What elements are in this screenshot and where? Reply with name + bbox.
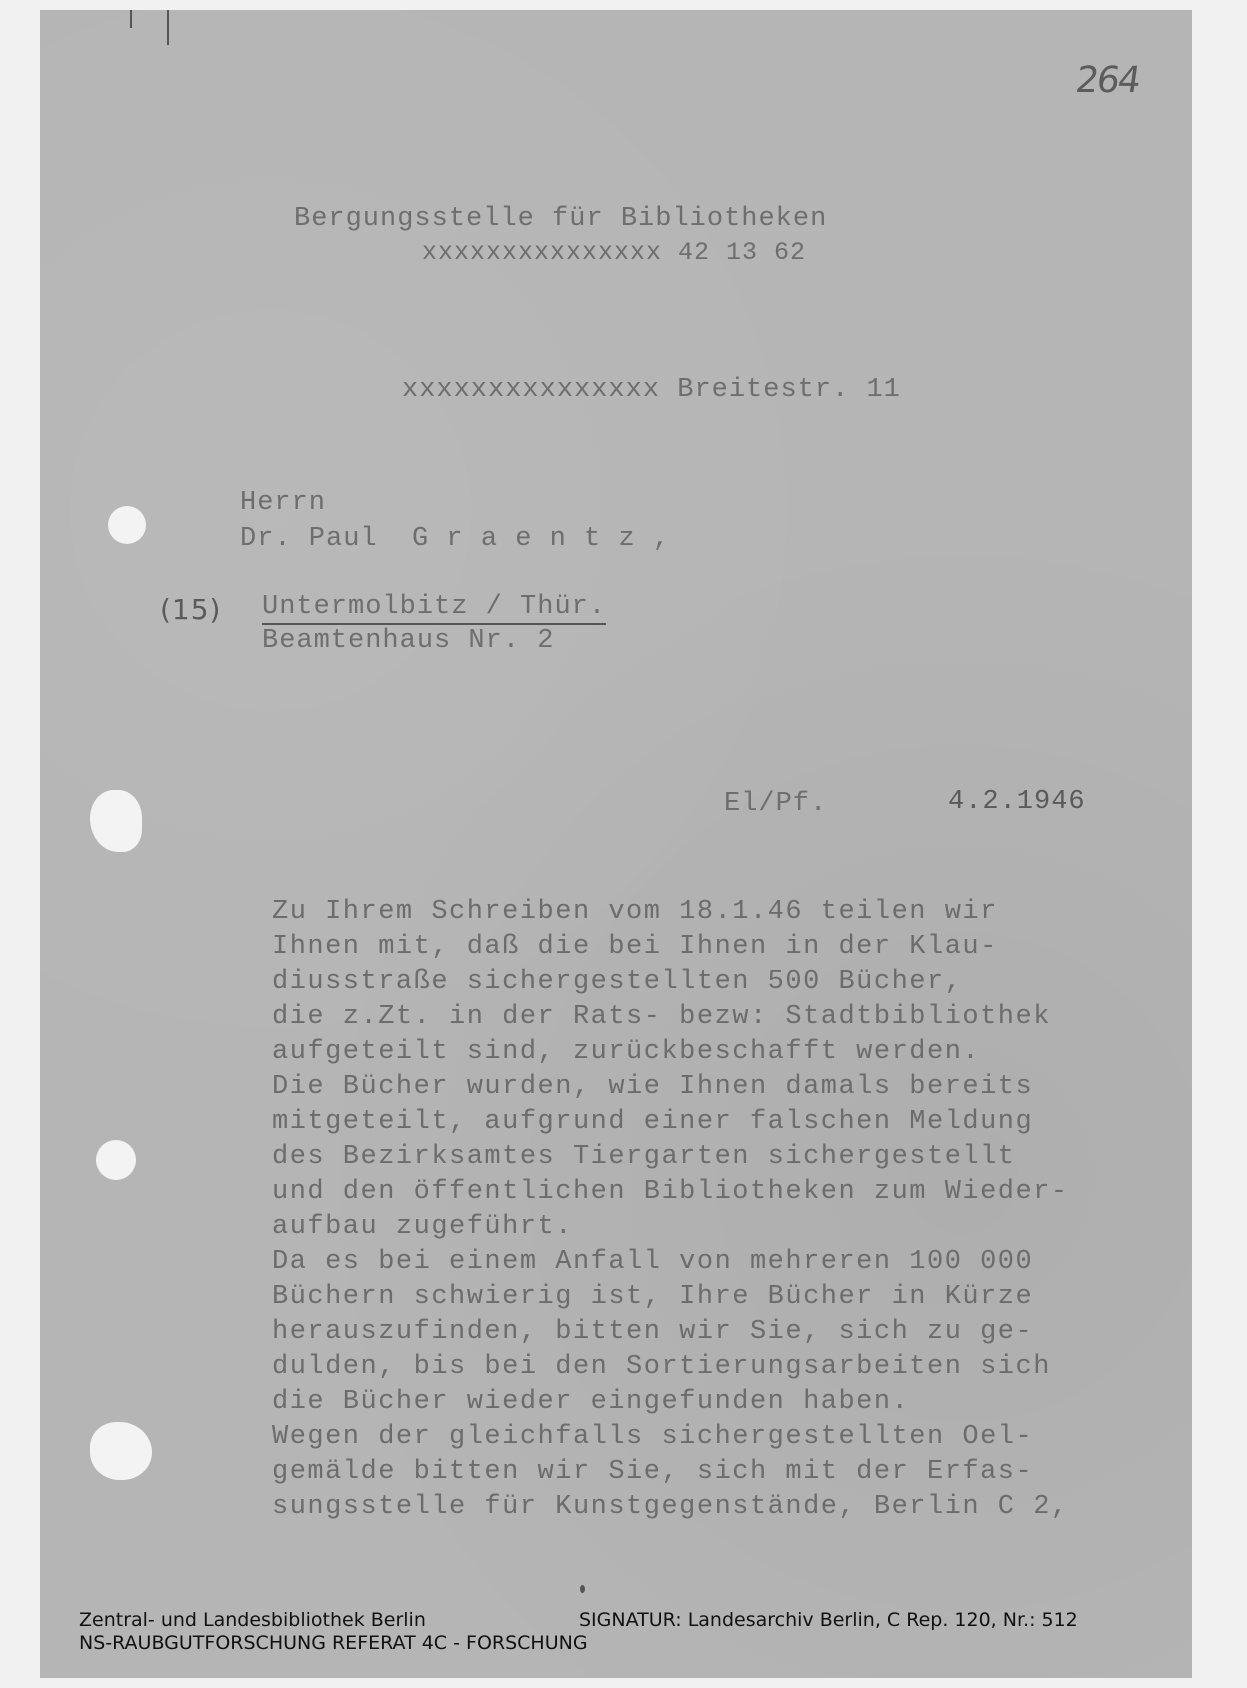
recipient-postal-code: (15) bbox=[160, 596, 221, 624]
body-line: des Bezirksamtes Tiergarten sichergestel… bbox=[272, 1140, 1069, 1175]
body-line: Wegen der gleichfalls sichergestellten O… bbox=[272, 1420, 1069, 1455]
scan-mark bbox=[130, 10, 132, 28]
letterhead-line1: Bergungsstelle für Bibliotheken bbox=[294, 206, 827, 233]
body-line: die z.Zt. in der Rats- bezw: Stadtbiblio… bbox=[272, 1000, 1069, 1035]
body-line: Die Bücher wurden, wie Ihnen damals bere… bbox=[272, 1070, 1069, 1105]
punch-hole-1 bbox=[108, 506, 146, 544]
letterhead-address: xxxxxxxxxxxxxxx Breitestr. 11 bbox=[402, 377, 901, 404]
body-line: und den öffentlichen Bibliotheken zum Wi… bbox=[272, 1175, 1069, 1210]
recipient-salutation: Herrn bbox=[240, 490, 326, 517]
body-line: die Bücher wieder eingefunden haben. bbox=[272, 1385, 1069, 1420]
body-line: dulden, bis bei den Sortierungsarbeiten … bbox=[272, 1350, 1069, 1385]
recipient-name: Dr. Paul G r a e n t z , bbox=[240, 526, 670, 553]
letter-date: 4.2.1946 bbox=[948, 789, 1086, 816]
body-line: aufbau zugeführt. bbox=[272, 1210, 1069, 1245]
body-line: Zu Ihrem Schreiben vom 18.1.46 teilen wi… bbox=[272, 895, 1069, 930]
body-line: sungsstelle für Kunstgegenstände, Berlin… bbox=[272, 1490, 1069, 1525]
footer-signature: SIGNATUR: Landesarchiv Berlin, C Rep. 12… bbox=[579, 1611, 1078, 1630]
body-line: aufgeteilt sind, zurückbeschafft werden. bbox=[272, 1035, 1069, 1070]
footer-department: NS-RAUBGUTFORSCHUNG REFERAT 4C - FORSCHU… bbox=[79, 1634, 588, 1653]
recipient-street: Beamtenhaus Nr. 2 bbox=[262, 628, 554, 655]
footer-institution: Zentral- und Landesbibliothek Berlin bbox=[79, 1611, 426, 1630]
body-line: Ihnen mit, daß die bei Ihnen in der Klau… bbox=[272, 930, 1069, 965]
punch-hole-3 bbox=[96, 1140, 136, 1180]
body-line: Da es bei einem Anfall von mehreren 100 … bbox=[272, 1245, 1069, 1280]
page-number-handwritten: 264 bbox=[1073, 60, 1141, 101]
body-line: Büchern schwierig ist, Ihre Bücher in Kü… bbox=[272, 1280, 1069, 1315]
body-line: gemälde bitten wir Sie, sich mit der Erf… bbox=[272, 1455, 1069, 1490]
body-line: herauszufinden, bitten wir Sie, sich zu … bbox=[272, 1315, 1069, 1350]
punch-hole-4 bbox=[90, 1422, 152, 1480]
reference-code: El/Pf. bbox=[724, 791, 827, 818]
body-line: diusstraße sichergestellten 500 Bücher, bbox=[272, 965, 1069, 1000]
body-line: mitgeteilt, aufgrund einer falschen Meld… bbox=[272, 1105, 1069, 1140]
scan-mark bbox=[167, 10, 169, 45]
letterhead-line2: xxxxxxxxxxxxxxx 42 13 62 bbox=[422, 240, 806, 265]
speck bbox=[580, 1585, 585, 1593]
letter-body: Zu Ihrem Schreiben vom 18.1.46 teilen wi… bbox=[272, 895, 1069, 1525]
recipient-city: Untermolbitz / Thür. bbox=[262, 594, 606, 625]
